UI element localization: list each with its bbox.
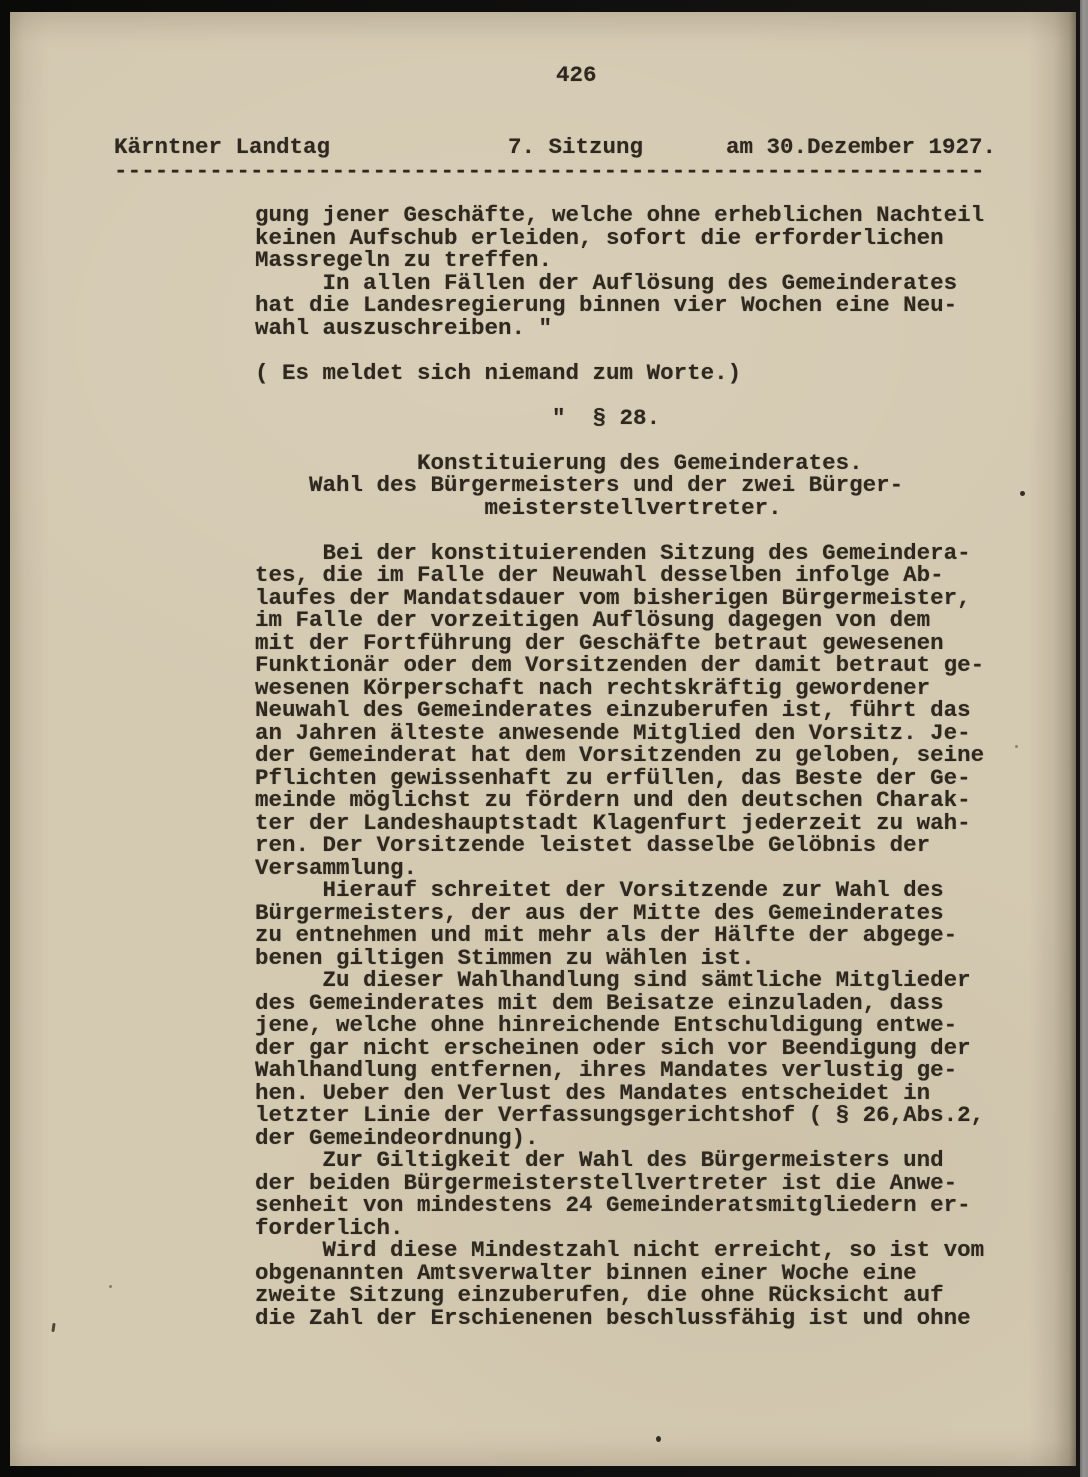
section-mark: " § 28. (255, 407, 1015, 430)
paper-sheet: 426 Kärntner Landtag 7. Sitzung am 30.De… (10, 12, 1076, 1466)
ink-speck (51, 1323, 55, 1332)
header-separator: ----------------------------------------… (114, 160, 985, 183)
continuation-paragraph: gung jener Geschäfte, welche ohne erhebl… (255, 204, 1015, 339)
paragraph: Wird diese Mindestzahl nicht erreicht, s… (255, 1239, 1015, 1329)
paragraph: Bei der konstituierenden Sitzung des Gem… (255, 542, 1015, 880)
body-text: gung jener Geschäfte, welche ohne erhebl… (255, 204, 1015, 1329)
ink-speck (1015, 745, 1018, 748)
scanner-bed-strip (1080, 0, 1088, 1477)
ink-speck (1020, 491, 1025, 496)
page-number: 426 (556, 64, 597, 87)
paragraph: Zur Giltigkeit der Wahl des Bürgermeiste… (255, 1149, 1015, 1239)
ink-speck (656, 1436, 661, 1442)
header-institution: Kärntner Landtag (114, 136, 330, 159)
section-heading: Konstituierung des Gemeinderates. Wahl d… (255, 452, 1015, 520)
header-date: am 30.Dezember 1927. (726, 136, 996, 159)
scanned-page: 426 Kärntner Landtag 7. Sitzung am 30.De… (0, 0, 1088, 1477)
header-session: 7. Sitzung (508, 136, 643, 159)
ink-speck (109, 1285, 112, 1288)
paragraph: Hierauf schreitet der Vorsitzende zur Wa… (255, 879, 1015, 969)
stage-note: ( Es meldet sich niemand zum Worte.) (255, 362, 1015, 385)
paragraph: Zu dieser Wahlhandlung sind sämtliche Mi… (255, 969, 1015, 1149)
